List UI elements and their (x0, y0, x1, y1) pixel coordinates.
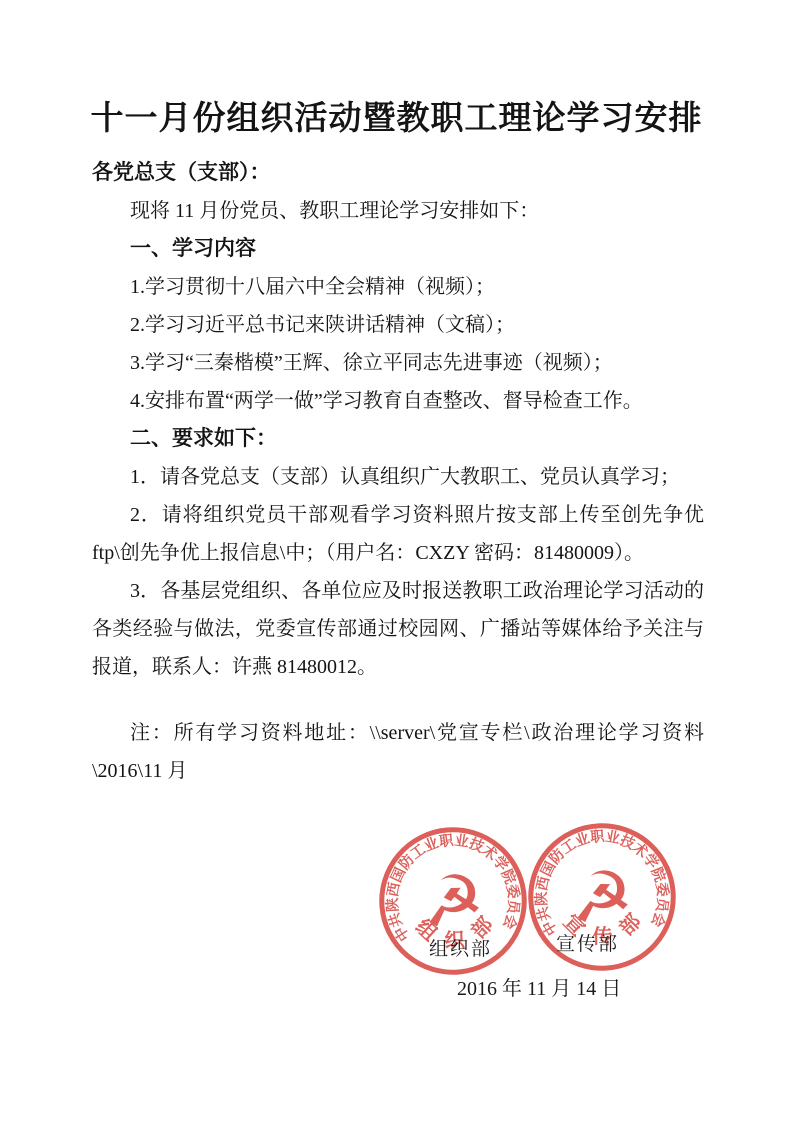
requirement-item-3-line-1: 3．各基层党组织、各单位应及时报送教职工政治理论学习活动的 (92, 572, 704, 610)
requirement-item-2-line-1: 2．请将组织党员干部观看学习资料照片按支部上传至创先争优 (92, 496, 704, 534)
study-item-3: 3.学习“三秦楷模”王辉、徐立平同志先进事迹（视频）； (92, 344, 704, 382)
salutation-line: 各党总支（支部）： (92, 154, 704, 192)
note-line-1: 注：所有学习资料地址：\\server\党宣专栏\政治理论学习资料 (92, 714, 704, 752)
study-item-1: 1.学习贯彻十八届六中全会精神（视频）； (92, 268, 704, 306)
intro-line: 现将 11 月份党员、教职工理论学习安排如下： (92, 192, 704, 230)
requirement-item-3-line-2: 各类经验与做法，党委宣传部通过校园网、广播站等媒体给予关注与 (92, 610, 704, 648)
study-item-4: 4.安排布置“两学一做”学习教育自查整改、督导检查工作。 (92, 382, 704, 420)
document-title: 十一月份组织活动暨教职工理论学习安排 (0, 96, 793, 142)
document-page: 十一月份组织活动暨教职工理论学习安排 各党总支（支部）： 现将 11 月份党员、… (0, 0, 793, 1122)
note-line-2: \2016\11 月 (92, 752, 704, 790)
requirement-item-2-line-2: ftp\创先争优上报信息\中；（用户名：CXZY 密码：81480009）。 (92, 534, 704, 572)
official-seal-organization-dept: ☭ 中共陕西国防工业职业技术学院委员会 组织部 (370, 818, 537, 985)
requirement-item-1: 1．请各党总支（支部）认真组织广大教职工、党员认真学习； (92, 458, 704, 496)
requirement-item-3-line-3: 报道，联系人：许燕 81480012。 (92, 648, 704, 686)
section-heading-1: 一、学习内容 (92, 230, 704, 268)
official-seal-propaganda-dept: ☭ 中共陕西国防工业职业技术学院委员会 宣传部 (521, 816, 683, 978)
study-item-2: 2.学习习近平总书记来陕讲话精神（文稿）； (92, 306, 704, 344)
document-body: 各党总支（支部）： 现将 11 月份党员、教职工理论学习安排如下： 一、学习内容… (92, 154, 704, 790)
section-heading-2: 二、要求如下： (92, 420, 704, 458)
